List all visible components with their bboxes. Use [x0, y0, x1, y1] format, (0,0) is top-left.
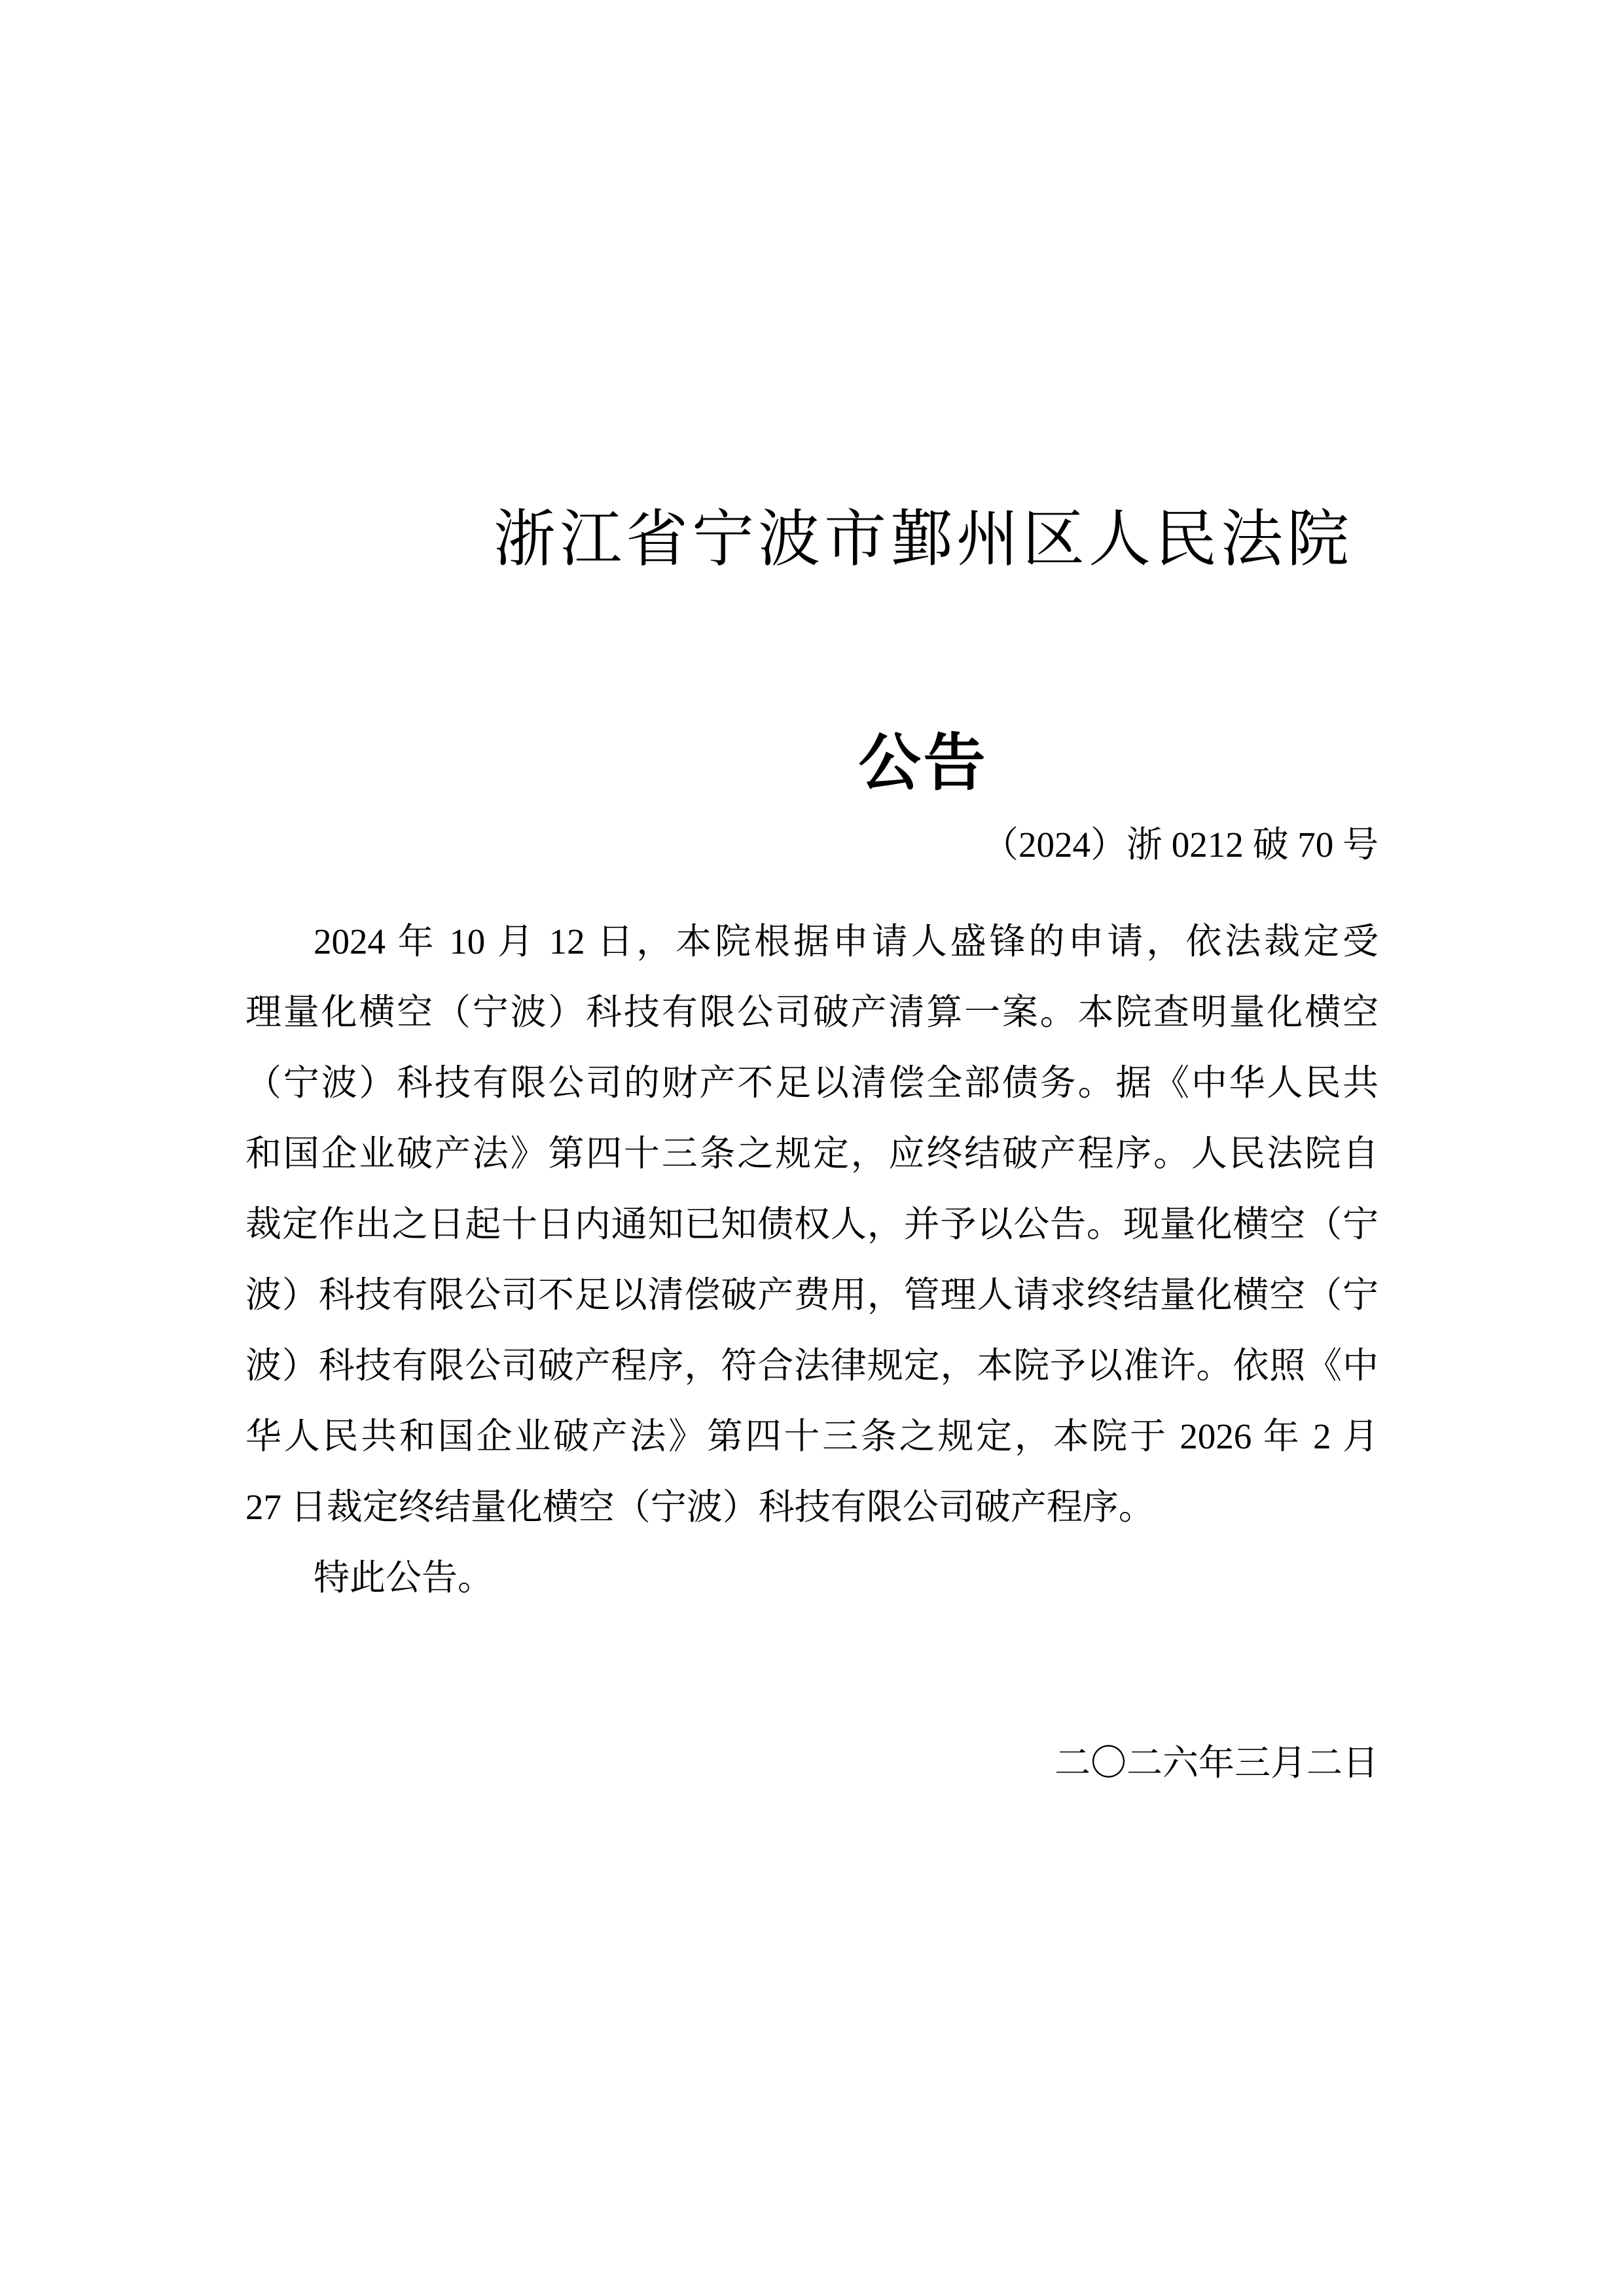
body-line: 27 日裁定终结量化横空（宁波）科技有限公司破产程序。 [245, 1472, 1379, 1543]
announcement-title: 公告 [245, 728, 1490, 799]
case-number: （2024）浙 0212 破 70 号 [245, 823, 1388, 867]
body-line: 2024 年 10 月 12 日，本院根据申请人盛锋的申请，依法裁定受 [245, 906, 1379, 977]
body-line: 波）科技有限公司不足以清偿破产费用，管理人请求终结量化横空（宁 [245, 1260, 1379, 1331]
body-line: 波）科技有限公司破产程序，符合法律规定，本院予以准许。依照《中 [245, 1331, 1379, 1401]
body-line: 裁定作出之日起十日内通知已知债权人，并予以公告。现量化横空（宁 [245, 1189, 1379, 1260]
announcement-document-page: 浙江省宁波市鄞州区人民法院 公告 （2024）浙 0212 破 70 号 202… [0, 0, 1624, 2296]
body-line: 华人民共和国企业破产法》第四十三条之规定，本院于 2026 年 2 月 [245, 1401, 1379, 1472]
court-name-heading: 浙江省宁波市鄞州区人民法院 [245, 504, 1490, 575]
body-line: （宁波）科技有限公司的财产不足以清偿全部债务。据《中华人民共 [245, 1048, 1379, 1119]
announcement-body: 2024 年 10 月 12 日，本院根据申请人盛锋的申请，依法裁定受 理量化横… [245, 906, 1379, 1613]
body-line: 理量化横空（宁波）科技有限公司破产清算一案。本院查明量化横空 [245, 977, 1379, 1048]
announcement-date: 二〇二六年三月二日 [245, 1740, 1389, 1787]
closing-line: 特此公告。 [245, 1543, 1379, 1613]
body-line: 和国企业破产法》第四十三条之规定，应终结破产程序。人民法院自 [245, 1119, 1379, 1189]
